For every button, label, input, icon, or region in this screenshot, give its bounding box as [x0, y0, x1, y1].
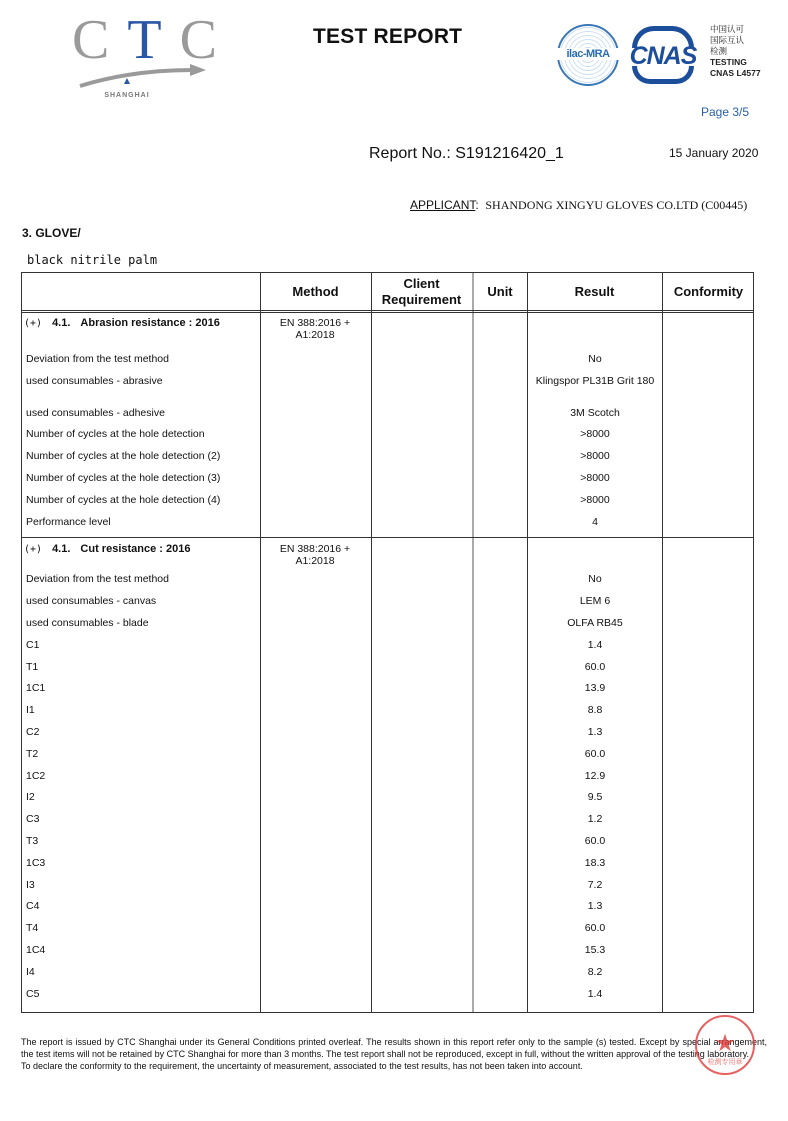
- row-label: used consumables - abrasive: [26, 375, 256, 387]
- row-result: 60.0: [528, 748, 662, 760]
- footer-paragraph-1: The report is issued by CTC Shanghai und…: [21, 1036, 767, 1060]
- row-label: I3: [26, 879, 256, 891]
- cnas-logo-icon: CNAS: [626, 26, 700, 84]
- row-label: used consumables - adhesive: [26, 407, 256, 419]
- sample-description: black nitrile palm: [27, 253, 157, 267]
- row-result: 1.3: [528, 726, 662, 738]
- row-result: 9.5: [528, 791, 662, 803]
- row-label: C1: [26, 639, 256, 651]
- page-number: Page 3/5: [701, 105, 749, 119]
- row-label: I1: [26, 704, 256, 716]
- row-result: 8.8: [528, 704, 662, 716]
- row-label: Number of cycles at the hole detection: [26, 428, 256, 440]
- row-result: 3M Scotch: [528, 407, 662, 419]
- column-header-conformity: Conformity: [662, 273, 755, 310]
- row-label: T1: [26, 661, 256, 673]
- row-label: T3: [26, 835, 256, 847]
- row-result: Klingspor PL31B Grit 180: [528, 375, 662, 387]
- accreditation-block: ilac-MRA CNAS 中国认可 国际互认 检测 TESTING CNAS …: [552, 20, 772, 92]
- method-value: EN 388:2016 + A1:2018: [260, 543, 370, 567]
- row-result: No: [528, 353, 662, 365]
- logo-arrow-icon: [72, 62, 222, 92]
- row-result: 8.2: [528, 966, 662, 978]
- row-label: I4: [26, 966, 256, 978]
- row-result: OLFA RB45: [528, 617, 662, 629]
- row-label: Number of cycles at the hole detection (…: [26, 450, 256, 462]
- row-label: T2: [26, 748, 256, 760]
- row-result: 7.2: [528, 879, 662, 891]
- column-header-client-requirement: Client Requirement: [371, 273, 472, 310]
- row-label: used consumables - blade: [26, 617, 256, 629]
- row-label: 1C3: [26, 857, 256, 869]
- section-title: 3. GLOVE/: [22, 226, 81, 240]
- row-label: I2: [26, 791, 256, 803]
- row-label: C3: [26, 813, 256, 825]
- footer-paragraph-2: To declare the conformity to the require…: [21, 1060, 767, 1072]
- row-label: Performance level: [26, 516, 256, 528]
- row-result: >8000: [528, 472, 662, 484]
- row-label: 1C1: [26, 682, 256, 694]
- row-label: C2: [26, 726, 256, 738]
- accreditation-text: 中国认可 国际互认 检测 TESTING CNAS L4577: [710, 24, 761, 79]
- row-result: 1.4: [528, 639, 662, 651]
- row-label: T4: [26, 922, 256, 934]
- row-label: Number of cycles at the hole detection (…: [26, 472, 256, 484]
- row-result: No: [528, 573, 662, 585]
- report-title: TEST REPORT: [313, 25, 462, 49]
- row-result: 60.0: [528, 661, 662, 673]
- applicant: APPLICANT: SHANDONG XINGYU GLOVES CO.LTD…: [410, 198, 747, 213]
- row-result: 13.9: [528, 682, 662, 694]
- column-header-method: Method: [260, 273, 371, 310]
- report-number: Report No.: S191216420_1: [369, 145, 564, 163]
- row-result: 4: [528, 516, 662, 528]
- row-result: 18.3: [528, 857, 662, 869]
- row-result: LEM 6: [528, 595, 662, 607]
- applicant-label: APPLICANT: [410, 198, 475, 212]
- row-label: 1C2: [26, 770, 256, 782]
- row-label: 1C4: [26, 944, 256, 956]
- footer-disclaimer: The report is issued by CTC Shanghai und…: [21, 1036, 767, 1072]
- ilac-mra-logo-icon: ilac-MRA: [557, 24, 619, 86]
- section-heading: (+)4.1.Abrasion resistance : 2016: [24, 317, 254, 330]
- row-label: used consumables - canvas: [26, 595, 256, 607]
- section-heading: (+)4.1.Cut resistance : 2016: [24, 543, 254, 556]
- row-result: 15.3: [528, 944, 662, 956]
- row-label: Number of cycles at the hole detection (…: [26, 494, 256, 506]
- row-label: C5: [26, 988, 256, 1000]
- row-result: 12.9: [528, 770, 662, 782]
- official-stamp-icon: ★ 检测专用章: [695, 1015, 755, 1075]
- row-result: 1.2: [528, 813, 662, 825]
- logo-subtitle: SHANGHAI: [72, 92, 182, 99]
- row-result: 1.4: [528, 988, 662, 1000]
- row-result: 1.3: [528, 900, 662, 912]
- row-result: >8000: [528, 428, 662, 440]
- method-value: EN 388:2016 + A1:2018: [260, 317, 370, 341]
- report-date: 15 January 2020: [669, 146, 758, 160]
- row-label: Deviation from the test method: [26, 573, 256, 585]
- column-header-unit: Unit: [473, 273, 527, 310]
- row-result: >8000: [528, 450, 662, 462]
- applicant-value: SHANDONG XINGYU GLOVES CO.LTD (C00445): [485, 198, 747, 212]
- row-label: C4: [26, 900, 256, 912]
- row-label: Deviation from the test method: [26, 353, 256, 365]
- row-result: 60.0: [528, 835, 662, 847]
- column-header-result: Result: [527, 273, 662, 310]
- row-result: 60.0: [528, 922, 662, 934]
- row-result: >8000: [528, 494, 662, 506]
- results-table: Method Client Requirement Unit Result Co…: [21, 272, 754, 1013]
- ctc-logo: CTC SHANGHAI: [72, 12, 222, 107]
